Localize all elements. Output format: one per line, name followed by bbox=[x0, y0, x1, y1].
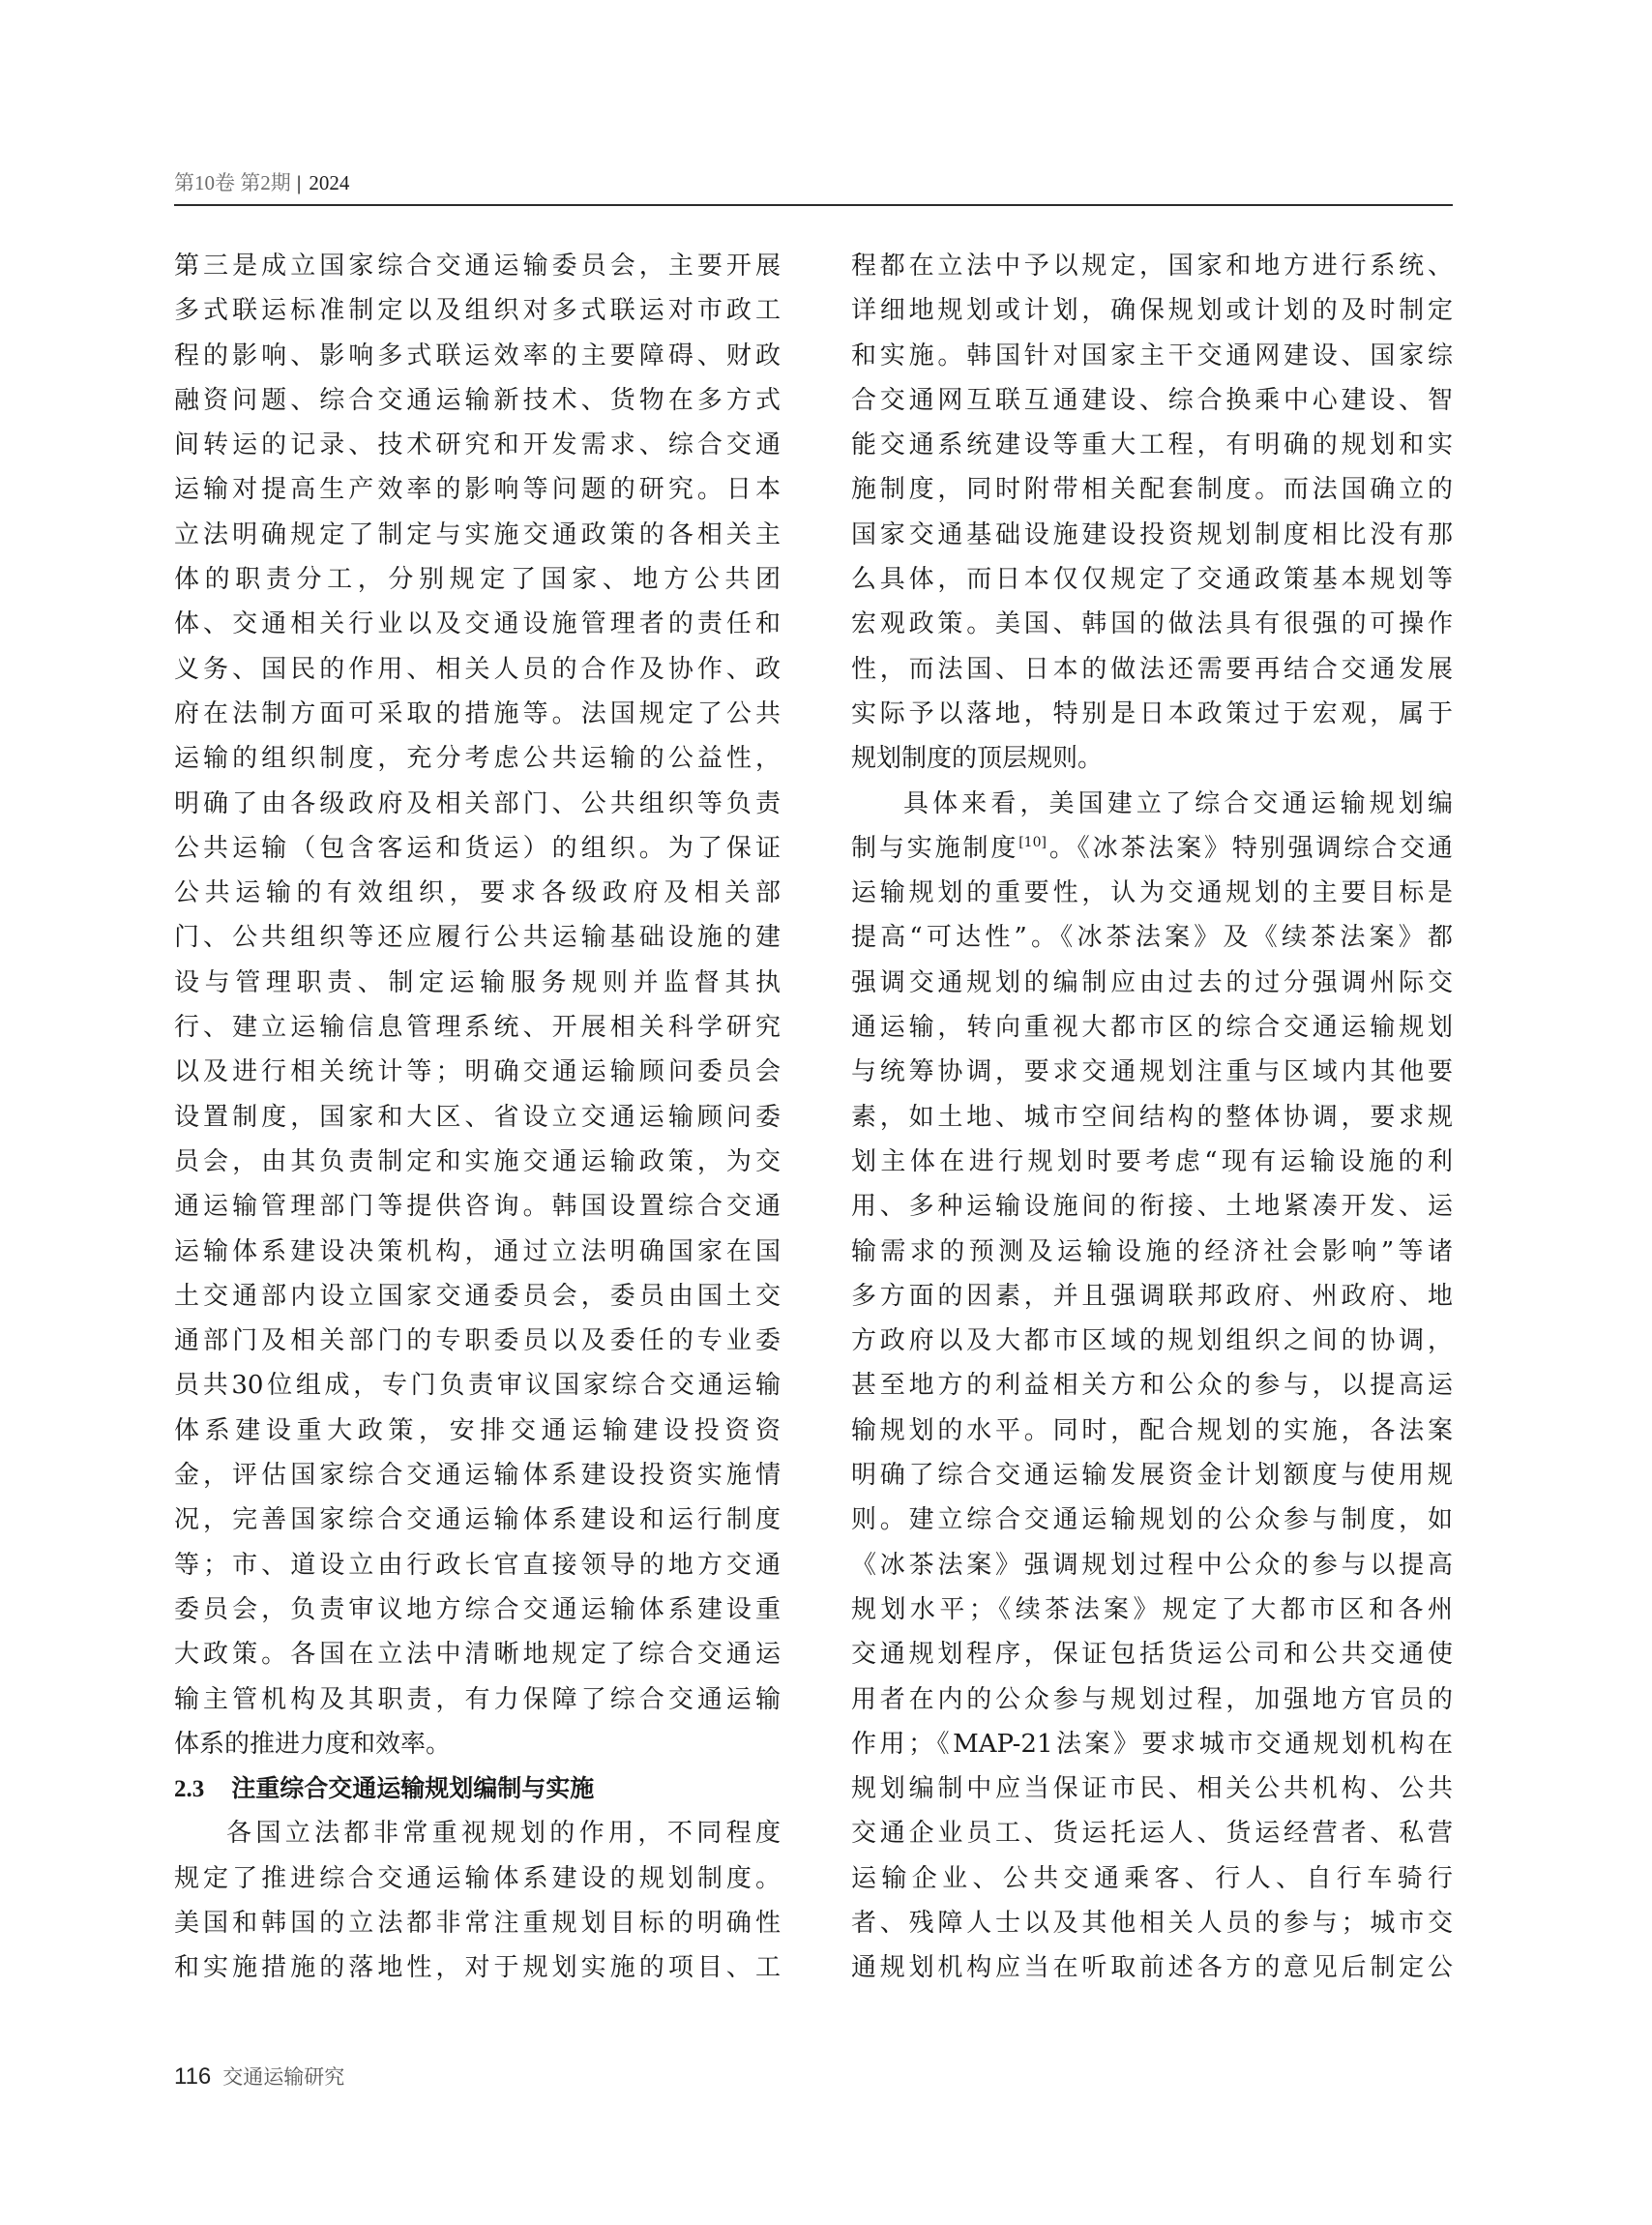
text-line: 明确了综合交通运输发展资金计划额度与使用规 bbox=[851, 1453, 1453, 1498]
text-line: 合交通网互联互通建设、综合换乘中心建设、智 bbox=[851, 378, 1453, 423]
section-number: 2.3 bbox=[174, 1776, 204, 1802]
text-line: 则。建立综合交通运输规划的公众参与制度，如 bbox=[851, 1498, 1453, 1542]
text-line: 程都在立法中予以规定，国家和地方进行系统、 bbox=[851, 244, 1453, 288]
running-head: 第10卷 第2期|2024 bbox=[174, 168, 349, 197]
text-segment: 。《冰茶法案》特别强调综合交通 bbox=[1047, 834, 1453, 863]
text-line: 以及进行相关统计等；明确交通运输顾问委员会 bbox=[174, 1050, 781, 1094]
text-line: 国家交通基础设施建设投资规划制度相比没有那 bbox=[851, 513, 1453, 557]
text-line: 输主管机构及其职责，有力保障了综合交通运输 bbox=[174, 1677, 781, 1722]
text-line: 通运输管理部门等提供咨询。韩国设置综合交通 bbox=[174, 1184, 781, 1229]
text-line: 宏观政策。美国、韩国的做法具有很强的可操作 bbox=[851, 602, 1453, 646]
text-line-with-citation: 制与实施制度[10]。《冰茶法案》特别强调综合交通 bbox=[851, 826, 1453, 871]
text-line: 具体来看，美国建立了综合交通运输规划编 bbox=[851, 782, 1453, 826]
text-line: 实际予以落地，特别是日本政策过于宏观，属于 bbox=[851, 692, 1453, 736]
text-line: 和实施。韩国针对国家主干交通网建设、国家综 bbox=[851, 334, 1453, 378]
text-line: 素，如土地、城市空间结构的整体协调，要求规 bbox=[851, 1095, 1453, 1140]
page-footer: 116交通运输研究 bbox=[174, 2061, 344, 2093]
volume-issue: 第10卷 第2期 bbox=[174, 171, 291, 194]
text-line: 体、交通相关行业以及交通设施管理者的责任和 bbox=[174, 602, 781, 646]
text-line: 能交通系统建设等重大工程，有明确的规划和实 bbox=[851, 423, 1453, 467]
text-line: 交通企业员工、货运托运人、货运经营者、私营 bbox=[851, 1811, 1453, 1855]
text-line: 规划水平；《续茶法案》规定了大都市区和各州 bbox=[851, 1587, 1453, 1632]
section-title: 注重综合交通运输规划编制与实施 bbox=[231, 1774, 594, 1802]
right-column: 程都在立法中予以规定，国家和地方进行系统、 详细地规划或计划，确保规划或计划的及… bbox=[851, 244, 1453, 1991]
text-line: 运输体系建设决策机构，通过立法明确国家在国 bbox=[174, 1230, 781, 1274]
text-line: 甚至地方的利益相关方和公众的参与，以提高运 bbox=[851, 1363, 1453, 1408]
text-line: 多式联运标准制定以及组织对多式联运对市政工 bbox=[174, 288, 781, 333]
text-line: 门、公共组织等还应履行公共运输基础设施的建 bbox=[174, 915, 781, 960]
text-line: 规划编制中应当保证市民、相关公共机构、公共 bbox=[851, 1766, 1453, 1811]
text-line: 运输对提高生产效率的影响等问题的研究。日本 bbox=[174, 467, 781, 512]
text-line: 用、多种运输设施间的衔接、土地紧凑开发、运 bbox=[851, 1184, 1453, 1229]
text-line: 运输企业、公共交通乘客、行人、自行车骑行 bbox=[851, 1856, 1453, 1901]
text-line: 性，而法国、日本的做法还需要再结合交通发展 bbox=[851, 647, 1453, 692]
text-line: 委员会，负责审议地方综合交通运输体系建设重 bbox=[174, 1587, 781, 1632]
text-line: 体系建设重大政策，安排交通运输建设投资资 bbox=[174, 1409, 781, 1453]
text-line: 第三是成立国家综合交通运输委员会，主要开展 bbox=[174, 244, 781, 288]
text-line: 通规划机构应当在听取前述各方的意见后制定公 bbox=[851, 1945, 1453, 1990]
text-line: 用者在内的公众参与规划过程，加强地方官员的 bbox=[851, 1677, 1453, 1722]
text-line: 大政策。各国在立法中清晰地规定了综合交通运 bbox=[174, 1632, 781, 1676]
citation-reference[interactable]: [10] bbox=[1018, 835, 1047, 850]
text-line: 设与管理职责、制定运输服务规则并监督其执 bbox=[174, 961, 781, 1005]
header-rule bbox=[174, 204, 1453, 206]
text-line: 体的职责分工，分别规定了国家、地方公共团 bbox=[174, 557, 781, 602]
text-line: 通运输，转向重视大都市区的综合交通运输规划 bbox=[851, 1005, 1453, 1050]
section-heading: 2.3注重综合交通运输规划编制与实施 bbox=[174, 1766, 781, 1811]
text-line: 况，完善国家综合交通运输体系建设和运行制度 bbox=[174, 1498, 781, 1542]
text-line: 《冰茶法案》强调规划过程中公众的参与以提高 bbox=[851, 1543, 1453, 1587]
text-line: 输规划的水平。同时，配合规划的实施，各法案 bbox=[851, 1409, 1453, 1453]
text-line: 运输的组织制度，充分考虑公共运输的公益性， bbox=[174, 736, 781, 781]
text-line: 明确了由各级政府及相关部门、公共组织等负责 bbox=[174, 782, 781, 826]
text-line: 划主体在进行规划时要考虑“现有运输设施的利 bbox=[851, 1140, 1453, 1184]
text-line: 施制度，同时附带相关配套制度。而法国确立的 bbox=[851, 467, 1453, 512]
text-line: 公共运输（包含客运和货运）的组织。为了保证 bbox=[174, 826, 781, 871]
text-line: 交通规划程序，保证包括货运公司和公共交通使 bbox=[851, 1632, 1453, 1676]
text-segment: 制与实施制度 bbox=[851, 834, 1018, 863]
text-line: 各国立法都非常重视规划的作用，不同程度 bbox=[174, 1811, 781, 1855]
text-line: 多方面的因素，并且强调联邦政府、州政府、地 bbox=[851, 1274, 1453, 1319]
text-line: 融资问题、综合交通运输新技术、货物在多方式 bbox=[174, 378, 781, 423]
page-number: 116 bbox=[174, 2063, 211, 2090]
text-line: 间转运的记录、技术研究和开发需求、综合交通 bbox=[174, 423, 781, 467]
text-line: 输需求的预测及运输设施的经济社会影响”等诸 bbox=[851, 1230, 1453, 1274]
text-line: 义务、国民的作用、相关人员的合作及协作、政 bbox=[174, 647, 781, 692]
text-line: 强调交通规划的编制应由过去的过分强调州际交 bbox=[851, 961, 1453, 1005]
text-line: 通部门及相关部门的专职委员以及委任的专业委 bbox=[174, 1319, 781, 1363]
head-separator: | bbox=[297, 171, 302, 194]
text-line: 员会，由其负责制定和实施交通运输政策，为交 bbox=[174, 1140, 781, 1184]
text-line: 者、残障人士以及其他相关人员的参与；城市交 bbox=[851, 1901, 1453, 1945]
left-column: 第三是成立国家综合交通运输委员会，主要开展 多式联运标准制定以及组织对多式联运对… bbox=[174, 244, 781, 1991]
text-line: 土交通部内设立国家交通委员会，委员由国土交 bbox=[174, 1274, 781, 1319]
text-line: 金，评估国家综合交通运输体系建设投资实施情 bbox=[174, 1453, 781, 1498]
text-line: 立法明确规定了制定与实施交通政策的各相关主 bbox=[174, 513, 781, 557]
text-line: 和实施措施的落地性，对于规划实施的项目、工 bbox=[174, 1945, 781, 1990]
text-line: 作用；《MAP-21法案》要求城市交通规划机构在 bbox=[851, 1722, 1453, 1766]
text-line: 公共运输的有效组织，要求各级政府及相关部 bbox=[174, 871, 781, 915]
text-line: 员共30位组成，专门负责审议国家综合交通运输 bbox=[174, 1363, 781, 1408]
text-line: 详细地规划或计划，确保规划或计划的及时制定 bbox=[851, 288, 1453, 333]
text-line: 程的影响、影响多式联运效率的主要障碍、财政 bbox=[174, 334, 781, 378]
text-line: 行、建立运输信息管理系统、开展相关科学研究 bbox=[174, 1005, 781, 1050]
text-line: 么具体，而日本仅仅规定了交通政策基本规划等 bbox=[851, 557, 1453, 602]
text-line: 规划制度的顶层规则。 bbox=[851, 736, 1453, 781]
text-line: 等；市、道设立由行政长官直接领导的地方交通 bbox=[174, 1543, 781, 1587]
text-line: 美国和韩国的立法都非常注重规划目标的明确性 bbox=[174, 1901, 781, 1945]
text-line: 体系的推进力度和效率。 bbox=[174, 1722, 781, 1766]
journal-name: 交通运输研究 bbox=[222, 2065, 344, 2089]
text-line: 与统筹协调，要求交通规划注重与区域内其他要 bbox=[851, 1050, 1453, 1094]
text-line: 府在法制方面可采取的措施等。法国规定了公共 bbox=[174, 692, 781, 736]
text-line: 提高“可达性”。《冰茶法案》及《续茶法案》都 bbox=[851, 915, 1453, 960]
publication-year: 2024 bbox=[309, 171, 349, 194]
text-line: 规定了推进综合交通运输体系建设的规划制度。 bbox=[174, 1856, 781, 1901]
text-line: 设置制度，国家和大区、省设立交通运输顾问委 bbox=[174, 1095, 781, 1140]
text-line: 方政府以及大都市区域的规划组织之间的协调， bbox=[851, 1319, 1453, 1363]
text-line: 运输规划的重要性，认为交通规划的主要目标是 bbox=[851, 871, 1453, 915]
